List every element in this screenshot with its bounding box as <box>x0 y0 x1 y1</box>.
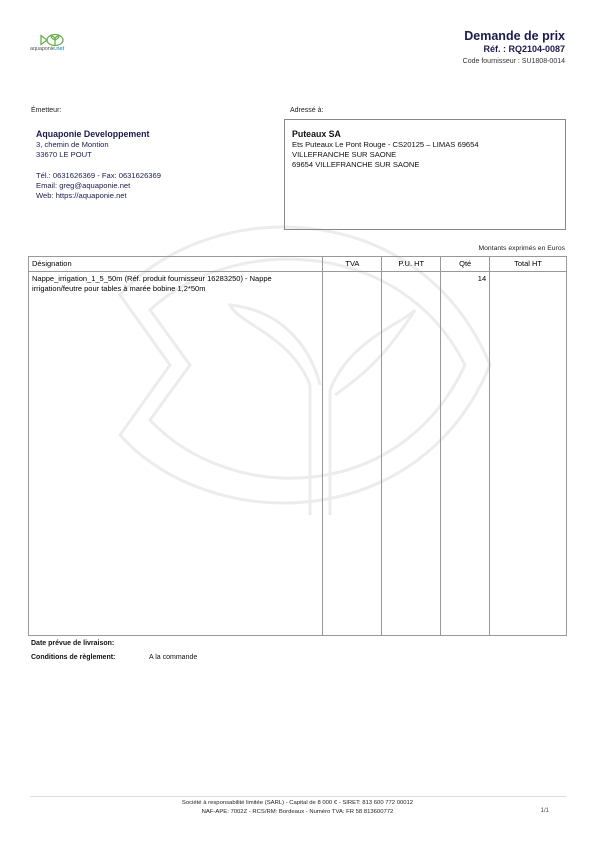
sender-label: Émetteur: <box>31 107 61 114</box>
fish-sprout-logo-icon <box>38 33 68 47</box>
line-items-table: Désignation TVA P.U. HT Qté Total HT Nap… <box>28 256 567 636</box>
delivery-date-label: Date prévue de livraison: <box>31 640 114 647</box>
recipient-label: Adressé à: <box>290 107 323 114</box>
cell-designation: Nappe_irrigation_1_5_50m (Réf. produit f… <box>29 272 323 636</box>
cell-total <box>490 272 567 636</box>
sender-email[interactable]: Email: greg@aquaponie.net <box>36 181 161 191</box>
footer-legal: Société à responsabilité limitée (SARL) … <box>0 799 595 817</box>
sender-phone-fax: Tél.: 0631626369 - Fax: 0631626369 <box>36 171 161 181</box>
sender-address-line1: 3, chemin de Montion <box>36 140 161 150</box>
column-header-quantity: Qté <box>441 257 490 272</box>
table-header-row: Désignation TVA P.U. HT Qté Total HT <box>29 257 567 272</box>
logo-text-main: aquaponie <box>30 46 55 52</box>
column-header-designation: Désignation <box>29 257 323 272</box>
cell-quantity: 14 <box>441 272 490 636</box>
table-row: Nappe_irrigation_1_5_50m (Réf. produit f… <box>29 272 567 636</box>
sender-block: Aquaponie Developpement 3, chemin de Mon… <box>36 129 161 201</box>
payment-terms-label: Conditions de règlement: <box>31 654 115 661</box>
recipient-name: Puteaux SA <box>292 129 479 140</box>
sender-name: Aquaponie Developpement <box>36 129 161 140</box>
logo-wordmark: aquaponie.net <box>30 46 64 52</box>
cell-unit-price <box>382 272 441 636</box>
page-number: 1/1 <box>541 808 549 814</box>
company-logo: aquaponie.net <box>30 33 80 57</box>
payment-terms-value: A la commande <box>149 654 197 661</box>
document-title: Demande de prix <box>464 29 565 43</box>
footer-line2: NAF-APE: 7002Z - RCS/RM: Bordeaux - Numé… <box>0 808 595 817</box>
column-header-tva: TVA <box>323 257 382 272</box>
footer-line1: Société à responsabilité limitée (SARL) … <box>0 799 595 808</box>
currency-note: Montants exprimés en Euros <box>478 245 565 252</box>
supplier-code: Code fournisseur : SU1808-0014 <box>463 58 565 65</box>
cell-tva <box>323 272 382 636</box>
sender-address-line2: 33670 LE POUT <box>36 150 161 160</box>
footer-divider <box>30 796 566 797</box>
recipient-address-line1: Ets Puteaux Le Pont Rouge - CS20125 – LI… <box>292 140 479 150</box>
recipient-address-line3: 69654 VILLEFRANCHE SUR SAONE <box>292 160 479 170</box>
recipient-block: Puteaux SA Ets Puteaux Le Pont Rouge - C… <box>292 129 479 170</box>
column-header-unit-price: P.U. HT <box>382 257 441 272</box>
logo-text-suffix: .net <box>55 46 64 52</box>
column-header-total: Total HT <box>490 257 567 272</box>
document-reference: Réf. : RQ2104-0087 <box>483 44 565 54</box>
sender-web[interactable]: Web: https://aquaponie.net <box>36 191 161 201</box>
recipient-address-line2: VILLEFRANCHE SUR SAONE <box>292 150 479 160</box>
